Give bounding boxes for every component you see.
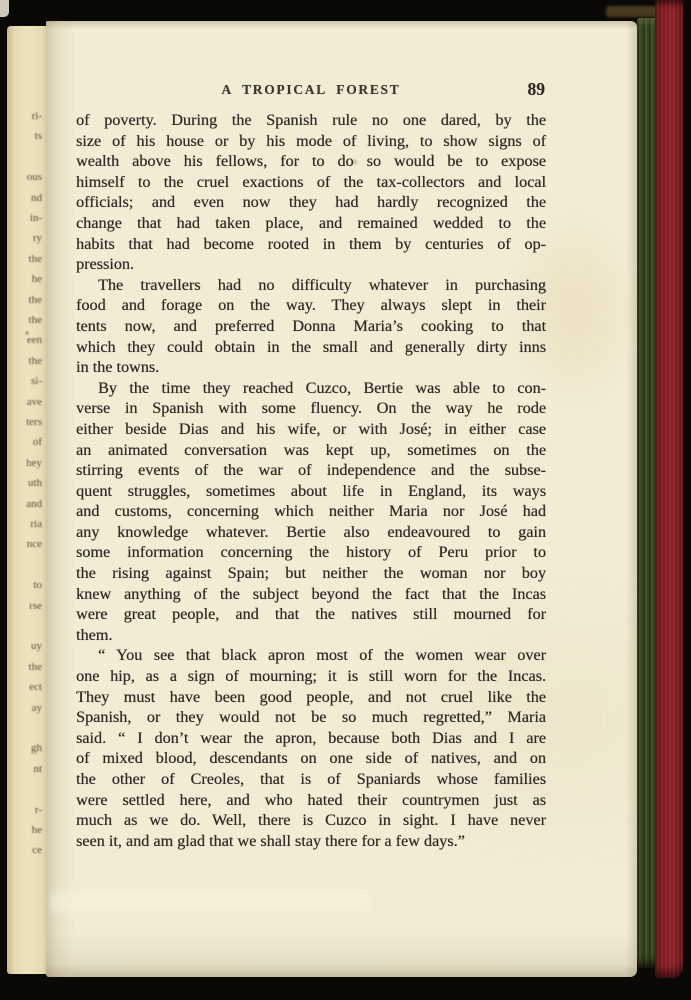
- text-line: of mixed blood, descendants on one side …: [76, 748, 546, 769]
- facing-page-text-fragment: nd: [31, 192, 42, 204]
- facing-page-text-fragment: r-: [35, 804, 42, 816]
- facing-page-text-fragment: ria: [30, 518, 42, 530]
- text-line: “ You see that black apron most of the w…: [76, 645, 546, 666]
- text-line: pression.: [76, 254, 546, 275]
- text-line: one hip, as a sign of mourning; it is st…: [76, 666, 546, 687]
- facing-page-text-fragment: rse: [29, 600, 42, 612]
- corner-notch: [0, 0, 9, 17]
- text-line: stirring events of the war of independen…: [76, 460, 546, 481]
- facing-page-text-fragment: ry: [33, 232, 42, 244]
- cover-board-green-edge: [637, 18, 657, 968]
- text-line: the rising against Spain; but neither th…: [76, 563, 546, 584]
- facing-page-text-fragment: een: [27, 334, 42, 346]
- text-line: himself to the cruel exactions of the ta…: [76, 172, 546, 193]
- text-line: change that had taken place, and remaine…: [76, 213, 546, 234]
- text-line: knew anything of the subject beyond the …: [76, 584, 546, 605]
- text-line: in the towns.: [76, 357, 546, 378]
- facing-page-text-fragment: ters: [26, 416, 42, 428]
- text-line: The travellers had no difficulty whateve…: [76, 275, 546, 296]
- text-line: them.: [76, 625, 546, 646]
- text-line: verse in Spanish with some fluency. On t…: [76, 398, 546, 419]
- text-line: either beside Dias and his wife, or with…: [76, 419, 546, 440]
- text-line: seen it, and am glad that we shall stay …: [76, 831, 546, 852]
- facing-page-text-fragment: uth: [28, 477, 42, 489]
- page-header: A TROPICAL FOREST 89: [76, 82, 546, 100]
- facing-page-text-fragment: nt: [33, 763, 42, 775]
- facing-page-edge: ri-tsousndin-rythehethetheeenthesi-avete…: [7, 26, 46, 974]
- cover-board-corner: [606, 6, 660, 17]
- facing-page-text-fragment: the: [29, 355, 42, 367]
- text-line: Spanish, or they would not be so much re…: [76, 707, 546, 728]
- facing-page-text-fragment: the: [29, 253, 42, 265]
- text-line: some information concerning the history …: [76, 542, 546, 563]
- text-line: By the time they reached Cuzco, Bertie w…: [76, 378, 546, 399]
- running-header-title: A TROPICAL FOREST: [76, 82, 546, 98]
- text-line: tents now, and preferred Donna Maria’s c…: [76, 316, 546, 337]
- facing-page-text-fragment: ri-: [32, 110, 42, 122]
- facing-page-text-fragment: of: [33, 436, 42, 448]
- facing-page-text-fragment: ts: [35, 130, 42, 142]
- facing-page-text-fragment: uy: [31, 640, 42, 652]
- text-line: food and forage on the way. They always …: [76, 295, 546, 316]
- facing-page-text-fragment: and: [26, 498, 42, 510]
- facing-page-text-fragment: to: [33, 579, 42, 591]
- facing-page-text-fragment: the: [29, 661, 42, 673]
- cover-cloth-red: [655, 0, 683, 978]
- facing-page-text-fragment: he: [32, 824, 42, 836]
- text-line: and customs, concerning which neither Ma…: [76, 501, 546, 522]
- facing-page-text-fragment: ce: [32, 844, 42, 856]
- facing-page-text-fragment: the: [29, 314, 42, 326]
- facing-page-text-fragment: the: [29, 294, 42, 306]
- text-line: much as we do. Well, there is Cuzco in s…: [76, 810, 546, 831]
- text-line: quent struggles, sometimes about life in…: [76, 481, 546, 502]
- page-number: 89: [528, 79, 546, 100]
- text-line: size of his house or by his mode of livi…: [76, 131, 546, 152]
- text-line: which they could obtain in the small and…: [76, 337, 546, 358]
- facing-page-text-fragment: si-: [31, 375, 42, 387]
- body-text: of poverty. During the Spanish rule no o…: [76, 110, 546, 851]
- facing-page-text-fragment: in-: [30, 212, 42, 224]
- text-line: were settled here, and who hated their c…: [76, 790, 546, 811]
- text-line: were great people, and that the natives …: [76, 604, 546, 625]
- text-line: said. “ I don’t wear the apron, because …: [76, 728, 546, 749]
- facing-page-text-fragment: nce: [27, 538, 42, 550]
- facing-page-text-fragment: ay: [32, 702, 42, 714]
- text-line: wealth above his fellows, for to do so w…: [76, 151, 546, 172]
- text-line: They must have been good people, and not…: [76, 687, 546, 708]
- text-line: habits that had become rooted in them by…: [76, 234, 546, 255]
- text-line: any knowledge whatever. Bertie also ende…: [76, 522, 546, 543]
- book-page: A TROPICAL FOREST 89 of poverty. During …: [46, 21, 637, 977]
- text-line: officials; and even now they had hardly …: [76, 192, 546, 213]
- facing-page-text-fragment: hey: [26, 457, 42, 469]
- text-line: an animated conversation was kept up, so…: [76, 440, 546, 461]
- text-line: the other of Creoles, that is of Spaniar…: [76, 769, 546, 790]
- book-scan-photo: ri-tsousndin-rythehethetheeenthesi-avete…: [0, 0, 691, 1000]
- facing-page-text-fragment: ect: [29, 681, 42, 693]
- text-line: of poverty. During the Spanish rule no o…: [76, 110, 546, 131]
- facing-page-text-fragment: he: [32, 273, 42, 285]
- facing-page-text-fragment: ous: [27, 171, 42, 183]
- facing-page-text-fragment: gh: [31, 742, 42, 754]
- facing-page-text-fragment: ave: [27, 396, 42, 408]
